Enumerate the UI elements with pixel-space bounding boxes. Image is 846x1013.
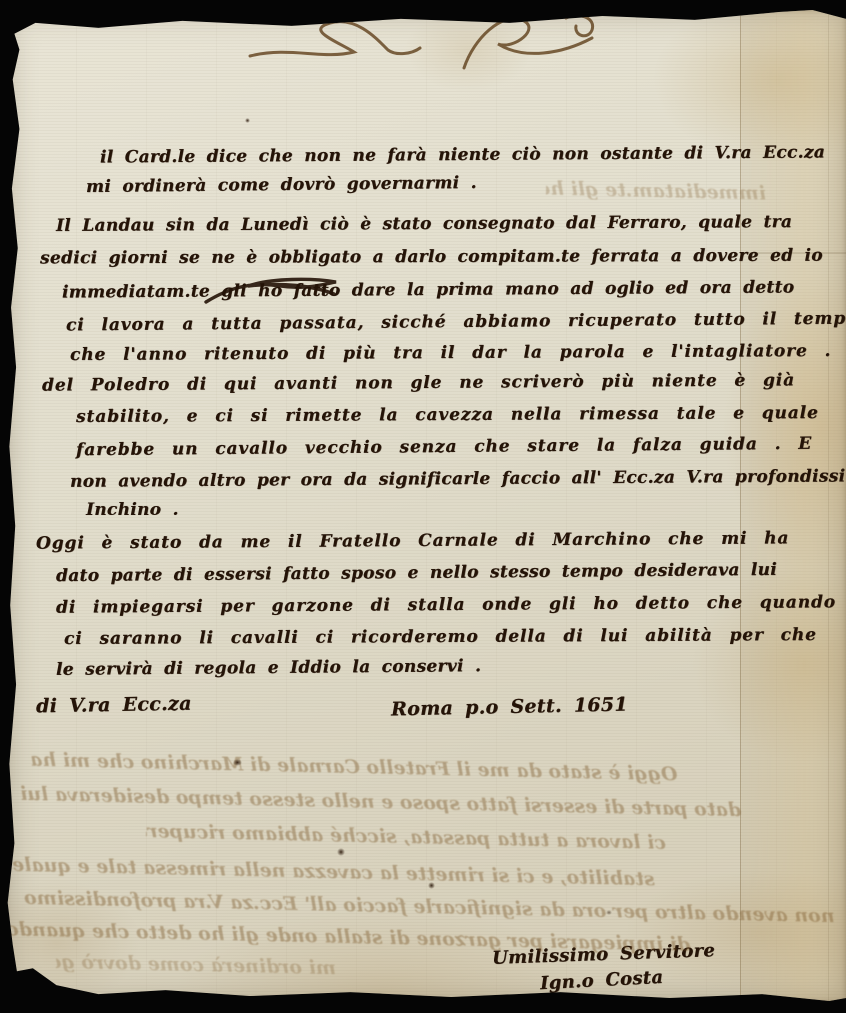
bleedthrough-line: non avendo altro per ora da significarle… [24, 889, 835, 926]
letter-line: immediatam.te gli ho fatto dare la prima… [62, 279, 794, 301]
letter-page: il Card.le dice che non ne farà niente c… [6, 10, 846, 1002]
fold-crease [828, 10, 829, 1002]
ink-blot [245, 118, 250, 123]
letter-line: Il Landau sin da Lunedì ciò è stato cons… [56, 214, 792, 235]
bleedthrough-line: mi ordinerà come dovrò governarmi . [56, 953, 336, 978]
bleedthrough-line: Oggi è stato da me il Fratello Carnale d… [30, 751, 678, 785]
ink-blot [337, 848, 345, 856]
letter-line: del Poledro di qui avanti non gle ne scr… [42, 372, 795, 394]
photo-background: il Card.le dice che non ne farà niente c… [0, 0, 846, 1013]
letter-line: di impiegarsi per garzone di stalla onde… [56, 594, 836, 616]
letter-line: farebbe un cavallo vecchio senza che sta… [76, 436, 812, 459]
letter-line: il Card.le dice che non ne farà niente c… [100, 144, 825, 166]
letter-line: ci lavora a tutta passata, sicché abbiam… [66, 311, 846, 335]
docket-flourish-icon [236, 10, 636, 80]
valediction: di V.ra Ecc.za [36, 695, 192, 717]
ink-blot [233, 759, 242, 766]
letter-line: sedici giorni se ne è obbligato a darlo … [40, 248, 823, 268]
letter-line: stabilito, e ci si rimette la cavezza ne… [76, 405, 819, 426]
letter-line: dato parte di essersi fatto sposo e nell… [56, 562, 777, 585]
letter-line: mi ordinerà come dovrò governarmi . [86, 175, 477, 196]
letter-line: le servirà di regola e Iddio la conservi… [56, 658, 481, 679]
letter-line: che l'anno ritenuto di più tra il dar la… [70, 343, 831, 364]
ink-blot [428, 882, 435, 889]
signature-name: Ign.o Costa [540, 969, 664, 993]
letter-line: non avendo altro per ora da significarle… [70, 468, 846, 491]
bleedthrough-line: immediatam.te gli ho fatto dare la prima… [546, 180, 766, 204]
bleedthrough-line: stabilito, e ci si rimette la cavezza ne… [12, 856, 655, 890]
bleedthrough-line: di impiegarsi per garzone di stalla onde… [6, 920, 691, 955]
bleedthrough-line: dato parte di essersi fatto sposo e nell… [20, 785, 741, 820]
letter-line: Inchino . [86, 502, 179, 519]
bleedthrough-line: ci lavora a tutta passata, sicché abbiam… [146, 822, 666, 853]
dateline: Roma p.o Sett. 1651 [391, 696, 628, 720]
ink-blot [606, 910, 612, 915]
letter-line: Oggi è stato da me il Fratello Carnale d… [36, 530, 789, 552]
letter-line: ci saranno li cavalli ci ricorderemo del… [64, 627, 817, 648]
